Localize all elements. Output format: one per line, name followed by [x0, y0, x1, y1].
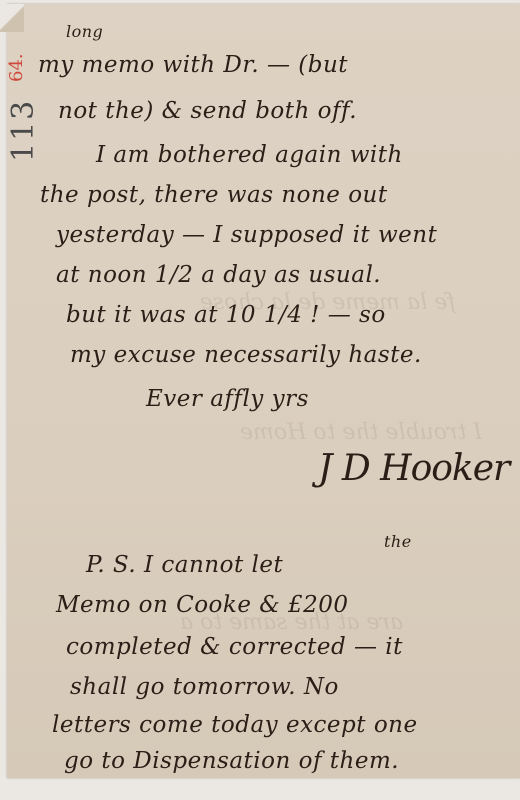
- interlinear-insertion: long: [66, 22, 103, 41]
- folded-corner: [0, 4, 24, 32]
- letter-line: my memo with Dr. — (but: [38, 52, 348, 78]
- letter-line: my excuse necessarily haste.: [70, 342, 422, 368]
- letter-line: the post, there was none out: [40, 182, 388, 208]
- postscript-line: Memo on Cooke & £200: [56, 592, 349, 618]
- postscript-line: shall go tomorrow. No: [70, 674, 339, 700]
- letter-line: I am bothered again with: [96, 142, 403, 168]
- postscript-line: P. S. I cannot let: [86, 552, 283, 578]
- folio-number-pencil: 113: [6, 99, 41, 162]
- postscript-insertion: the: [384, 532, 412, 551]
- letter-line: yesterday — I supposed it went: [56, 222, 437, 248]
- signature: J D Hooker: [318, 448, 509, 489]
- letter-line: but it was at 10 1/4 ! — so: [66, 302, 386, 328]
- postscript-line: completed & corrected — it: [66, 634, 403, 660]
- bleed-through: I trouble the to Home: [240, 420, 482, 445]
- postscript-line: letters come today except one: [52, 712, 418, 738]
- folio-number-red: 64.: [6, 53, 27, 82]
- letter-line: at noon 1/2 a day as usual.: [56, 262, 381, 288]
- letter-closing: Ever affly yrs: [146, 386, 309, 412]
- postscript-line: go to Dispensation of them.: [64, 748, 399, 774]
- letter-line: not the) & send both off.: [58, 98, 357, 124]
